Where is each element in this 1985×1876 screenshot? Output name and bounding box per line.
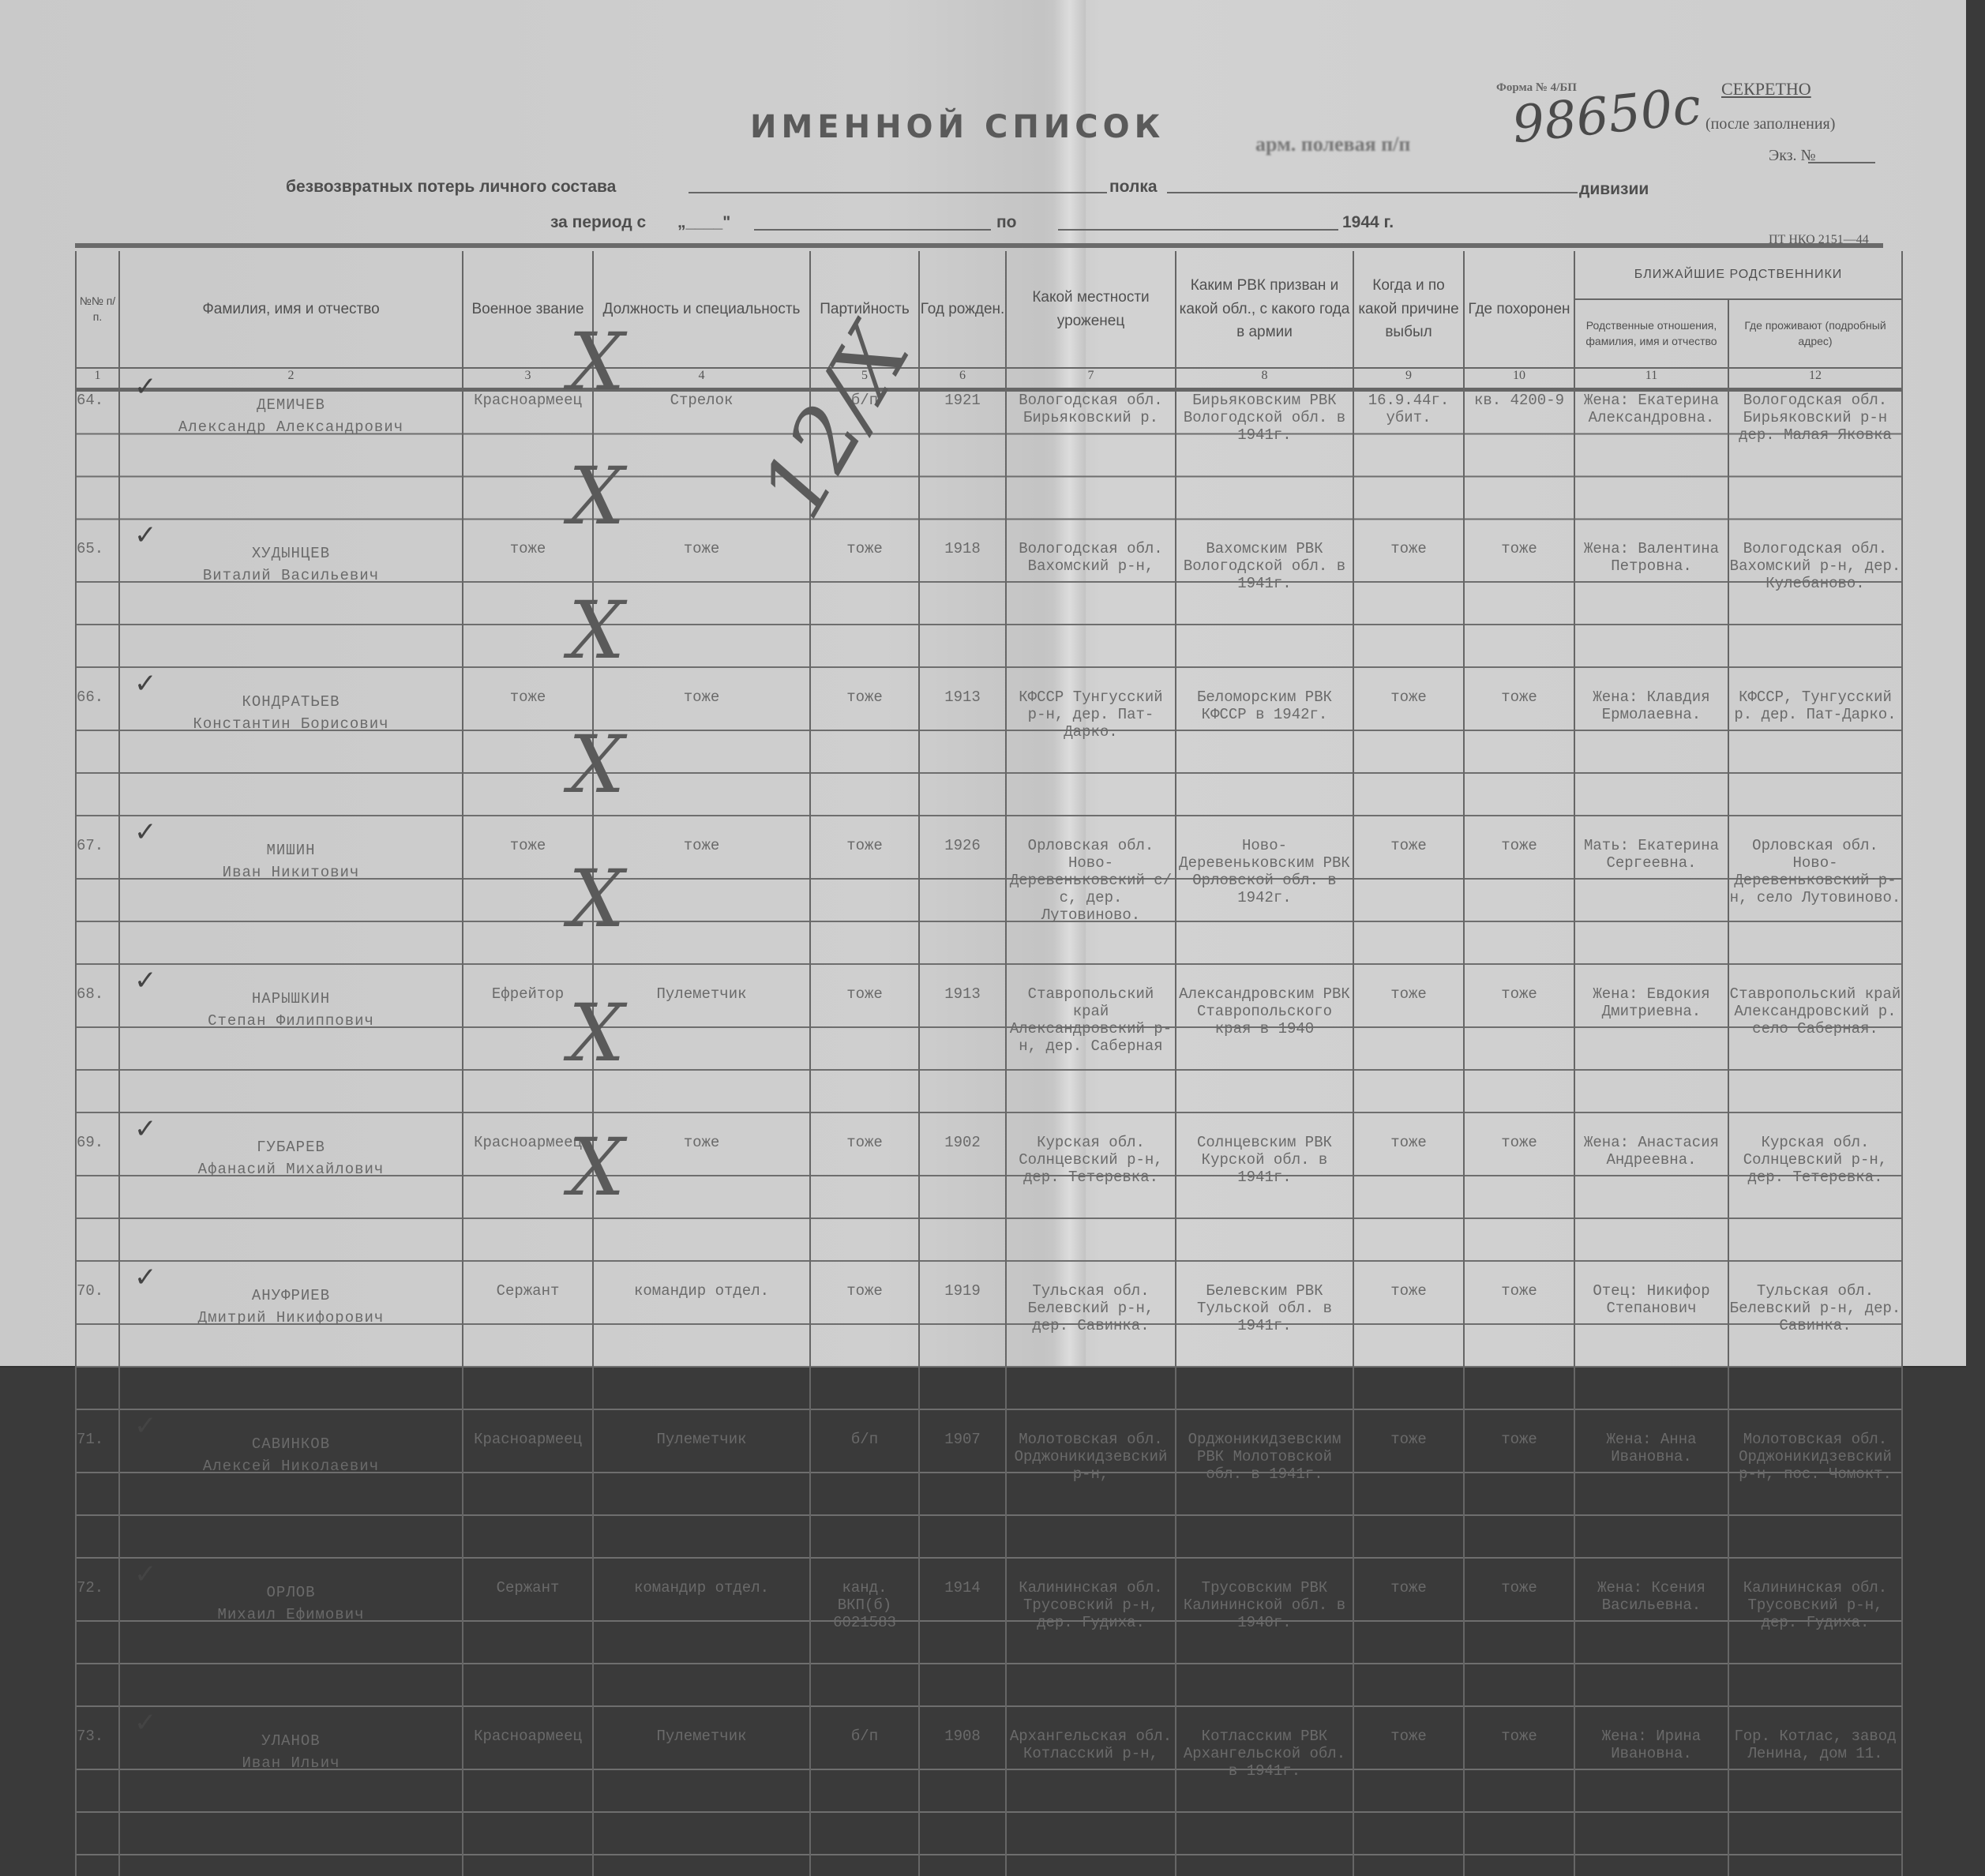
soldier-name-cell: ДЕМИЧЕВАлександр Александрович bbox=[119, 390, 463, 541]
table-row: 68.НАРЫШКИНСтепан ФилипповичЕфрейторПуле… bbox=[76, 985, 1902, 1134]
col-header-10: Где похоронен bbox=[1464, 251, 1574, 368]
surname: ХУДЫНЦЕВ bbox=[120, 540, 462, 562]
cross-mark-icon: X bbox=[568, 1121, 625, 1214]
unit-field bbox=[689, 192, 1107, 193]
column-number-row: 1 2 3 4 5 6 7 8 9 10 11 12 bbox=[76, 368, 1902, 390]
birthplace-cell: Орловская обл. Ново-Деревеньковский с/с,… bbox=[1006, 837, 1176, 985]
given-names: Дмитрий Никифорович bbox=[120, 1304, 462, 1326]
buried-cell: кв. 4200-9 bbox=[1464, 390, 1574, 541]
cross-mark-icon: X bbox=[568, 987, 625, 1079]
col-num: 7 bbox=[1006, 368, 1176, 390]
birthplace-cell: Вологодская обл. Бирьяковский р. bbox=[1006, 390, 1176, 541]
buried-cell: тоже bbox=[1464, 540, 1574, 688]
relative-cell: Жена: Екатерина Александровна. bbox=[1574, 390, 1728, 541]
rvk-cell: Бирьяковским РВК Вологодской обл. в 1941… bbox=[1176, 390, 1353, 541]
col-header-1: №№ п/п. bbox=[76, 251, 119, 368]
regiment-label: полка bbox=[1109, 178, 1158, 197]
period-to-label: по bbox=[996, 213, 1017, 232]
no-cell: 68. bbox=[76, 985, 119, 1134]
position-cell: Пулеметчик bbox=[593, 985, 810, 1134]
birthplace-cell: Тульская обл. Белевский р-н, дер. Савинк… bbox=[1006, 1282, 1176, 1379]
col-header-8: Каким РВК призван и какой обл., с какого… bbox=[1176, 251, 1353, 368]
col-num: 8 bbox=[1176, 368, 1353, 390]
period-to-line bbox=[1058, 229, 1338, 231]
check-mark-icon: ✓ bbox=[134, 1113, 157, 1145]
born-cell: 1913 bbox=[919, 985, 1006, 1134]
col-header-7: Какой местности уроженец bbox=[1006, 251, 1176, 368]
address-cell: Вологодская обл. Вахомский р-н, дер. Кул… bbox=[1728, 540, 1902, 688]
buried-cell: тоже bbox=[1464, 837, 1574, 985]
header-rule bbox=[75, 243, 1883, 248]
birthplace-cell: Ставропольский край Александровский р-н,… bbox=[1006, 985, 1176, 1134]
copy-number-field bbox=[1808, 162, 1875, 163]
secrecy-label: СЕКРЕТНО bbox=[1721, 79, 1811, 99]
cross-mark-icon: X bbox=[568, 584, 625, 677]
given-names: Виталий Васильевич bbox=[120, 562, 462, 584]
left-cell: 16.9.44г. убит. bbox=[1353, 390, 1464, 541]
buried-cell: тоже bbox=[1464, 1282, 1574, 1379]
col-header-11: Родственные отношения, фамилия, имя и от… bbox=[1574, 299, 1728, 368]
left-cell: тоже bbox=[1353, 985, 1464, 1134]
rvk-cell: Белевским РВК Тульской обл. в 1941г. bbox=[1176, 1282, 1353, 1379]
address-cell: Орловская обл. Ново-Деревеньковский р-н,… bbox=[1728, 837, 1902, 985]
given-names: Афанасий Михайлович bbox=[120, 1156, 462, 1178]
party-cell: тоже bbox=[810, 1282, 919, 1379]
soldier-name-cell: ГУБАРЕВАфанасий Михайлович bbox=[119, 1134, 463, 1282]
check-mark-icon: ✓ bbox=[134, 371, 157, 403]
relative-cell: Жена: Евдокия Дмитриевна. bbox=[1574, 985, 1728, 1134]
table-row: 69.ГУБАРЕВАфанасий МихайловичКрасноармее… bbox=[76, 1134, 1902, 1282]
surname: ГУБАРЕВ bbox=[120, 1134, 462, 1156]
col-header-12: Где проживают (подробный адрес) bbox=[1728, 299, 1902, 368]
relative-cell: Жена: Анастасия Андреевна. bbox=[1574, 1134, 1728, 1282]
born-cell: 1926 bbox=[919, 837, 1006, 985]
birthplace-cell: Курская обл. Солнцевский р-н, дер. Тетер… bbox=[1006, 1134, 1176, 1282]
table-row: 70.АНУФРИЕВДмитрий НикифоровичСержантком… bbox=[76, 1282, 1902, 1379]
table-row: 64.ДЕМИЧЕВАлександр АлександровичКрасноа… bbox=[76, 390, 1902, 541]
party-cell: тоже bbox=[810, 1134, 919, 1282]
surname: АНУФРИЕВ bbox=[120, 1282, 462, 1304]
left-cell: тоже bbox=[1353, 1134, 1464, 1282]
given-names: Иван Никитович bbox=[120, 859, 462, 881]
rank-cell: Сержант bbox=[463, 1282, 593, 1379]
left-cell: тоже bbox=[1353, 1282, 1464, 1379]
surname: МИШИН bbox=[120, 837, 462, 859]
no-cell: 70. bbox=[76, 1282, 119, 1379]
check-mark-icon: ✓ bbox=[134, 965, 157, 996]
born-cell: 1919 bbox=[919, 1282, 1006, 1379]
position-cell: командир отдел. bbox=[593, 1282, 810, 1379]
col-num: 9 bbox=[1353, 368, 1464, 390]
relative-cell: Мать: Екатерина Сергеевна. bbox=[1574, 837, 1728, 985]
relative-cell: Жена: Клавдия Ермолаевна. bbox=[1574, 688, 1728, 837]
table-header-row: №№ п/п. Фамилия, имя и отчество Военное … bbox=[76, 251, 1902, 299]
period-from-line bbox=[754, 229, 991, 231]
cross-mark-icon: X bbox=[568, 450, 625, 542]
period-from-field: „____" bbox=[677, 213, 730, 232]
party-cell: тоже bbox=[810, 837, 919, 985]
col-num: 12 bbox=[1728, 368, 1902, 390]
position-cell: тоже bbox=[593, 540, 810, 688]
soldier-name-cell: КОНДРАТЬЕВКонстантин Борисович bbox=[119, 688, 463, 837]
given-names: Константин Борисович bbox=[120, 711, 462, 733]
period-label: за период с bbox=[550, 213, 646, 232]
position-cell: тоже bbox=[593, 688, 810, 837]
cross-mark-icon: X bbox=[568, 853, 625, 945]
buried-cell: тоже bbox=[1464, 1134, 1574, 1282]
table-row: 65.ХУДЫНЦЕВВиталий Васильевичтожетожетож… bbox=[76, 540, 1902, 688]
birthplace-cell: Вологодская обл. Вахомский р-н, bbox=[1006, 540, 1176, 688]
check-mark-icon: ✓ bbox=[134, 816, 157, 848]
address-cell: Вологодская обл. Бирьяковский р-н дер. М… bbox=[1728, 390, 1902, 541]
cross-mark-icon: X bbox=[568, 316, 625, 408]
col-num: 2 bbox=[119, 368, 463, 390]
cross-mark-icon: X bbox=[568, 719, 625, 811]
col-num: 11 bbox=[1574, 368, 1728, 390]
surname: КОНДРАТЬЕВ bbox=[120, 688, 462, 711]
relatives-group-header: БЛИЖАЙШИЕ РОДСТВЕННИКИ bbox=[1574, 251, 1902, 299]
col-num: 10 bbox=[1464, 368, 1574, 390]
birthplace-cell: КФССР Тунгусский р-н, дер. Пат-Дарко. bbox=[1006, 688, 1176, 837]
born-cell: 1921 bbox=[919, 390, 1006, 541]
buried-cell: тоже bbox=[1464, 688, 1574, 837]
no-cell: 65. bbox=[76, 540, 119, 688]
document-title: ИМЕННОЙ СПИСОК bbox=[750, 109, 1165, 145]
table-row: 66.КОНДРАТЬЕВКонстантин Борисовичтожетож… bbox=[76, 688, 1902, 837]
surname: ДЕМИЧЕВ bbox=[120, 392, 462, 414]
rvk-cell: Вахомским РВК Вологодской обл. в 1941г. bbox=[1176, 540, 1353, 688]
party-cell: тоже bbox=[810, 688, 919, 837]
surname: НАРЫШКИН bbox=[120, 985, 462, 1007]
check-mark-icon: ✓ bbox=[134, 668, 157, 700]
period-year: 1944 г. bbox=[1342, 213, 1394, 232]
rvk-cell: Солнцевским РВК Курской обл. в 1941г. bbox=[1176, 1134, 1353, 1282]
buried-cell: тоже bbox=[1464, 985, 1574, 1134]
no-cell: 67. bbox=[76, 837, 119, 985]
no-cell: 66. bbox=[76, 688, 119, 837]
born-cell: 1913 bbox=[919, 688, 1006, 837]
secrecy-note: (после заполнения) bbox=[1705, 115, 1835, 133]
table-row: 67.МИШИНИван Никитовичтожетожетоже1926Ор… bbox=[76, 837, 1902, 985]
col-num: 1 bbox=[76, 368, 119, 390]
born-cell: 1918 bbox=[919, 540, 1006, 688]
col-header-4: Должность и специальность bbox=[593, 251, 810, 368]
subtitle-losses: безвозвратных потерь личного состава bbox=[286, 178, 616, 197]
left-cell: тоже bbox=[1353, 540, 1464, 688]
address-cell: Тульская обл. Белевский р-н, дер. Савинк… bbox=[1728, 1282, 1902, 1379]
regiment-field bbox=[1167, 192, 1578, 193]
rvk-cell: Беломорским РВК КФССР в 1942г. bbox=[1176, 688, 1353, 837]
born-cell: 1902 bbox=[919, 1134, 1006, 1282]
party-cell: тоже bbox=[810, 540, 919, 688]
address-cell: Курская обл. Солнцевский р-н, дер. Тетер… bbox=[1728, 1134, 1902, 1282]
soldier-name-cell: АНУФРИЕВДмитрий Никифорович bbox=[119, 1282, 463, 1379]
losses-table: №№ п/п. Фамилия, имя и отчество Военное … bbox=[75, 251, 1903, 1379]
position-cell: тоже bbox=[593, 837, 810, 985]
rvk-cell: Ново-Деревеньковским РВК Орловской обл. … bbox=[1176, 837, 1353, 985]
col-num: 4 bbox=[593, 368, 810, 390]
unit-stamp: арм. полевая п/п bbox=[1255, 133, 1410, 156]
division-label: дивизии bbox=[1579, 180, 1649, 199]
col-num: 6 bbox=[919, 368, 1006, 390]
col-header-6: Год рожден. bbox=[919, 251, 1006, 368]
given-names: Александр Александрович bbox=[120, 414, 462, 436]
left-cell: тоже bbox=[1353, 837, 1464, 985]
check-mark-icon: ✓ bbox=[134, 1262, 157, 1293]
col-header-9: Когда и по какой причине выбыл bbox=[1353, 251, 1464, 368]
col-header-2: Фамилия, имя и отчество bbox=[119, 251, 463, 368]
soldier-name-cell: ХУДЫНЦЕВВиталий Васильевич bbox=[119, 540, 463, 688]
left-cell: тоже bbox=[1353, 688, 1464, 837]
position-cell: тоже bbox=[593, 1134, 810, 1282]
soldier-name-cell: МИШИНИван Никитович bbox=[119, 837, 463, 985]
relative-cell: Отец: Никифор Степанович bbox=[1574, 1282, 1728, 1379]
no-cell: 64. bbox=[76, 390, 119, 541]
given-names: Степан Филиппович bbox=[120, 1007, 462, 1030]
no-cell: 69. bbox=[76, 1134, 119, 1282]
party-cell: тоже bbox=[810, 985, 919, 1134]
address-cell: Ставропольский край Александровский р. с… bbox=[1728, 985, 1902, 1134]
relative-cell: Жена: Валентина Петровна. bbox=[1574, 540, 1728, 688]
check-mark-icon: ✓ bbox=[134, 520, 157, 551]
address-cell: КФССР, Тунгусский р. дер. Пат-Дарко. bbox=[1728, 688, 1902, 837]
document-sheet: ИМЕННОЙ СПИСОК арм. полевая п/п Форма № … bbox=[0, 0, 1966, 1368]
soldier-name-cell: НАРЫШКИНСтепан Филиппович bbox=[119, 985, 463, 1134]
rvk-cell: Александровским РВК Ставропольского края… bbox=[1176, 985, 1353, 1134]
